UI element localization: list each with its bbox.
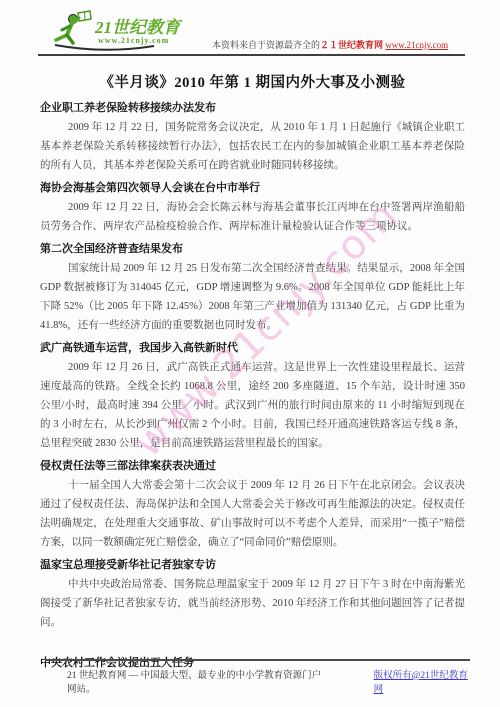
header-tagline: 本资料来自于资源最齐全的２１世纪教育网 www.21cnjy.com (212, 38, 448, 54)
section: 温家宝总理接受新华社记者独家专访 中共中央政治局常委、国务院总理温家宝于 200… (40, 556, 465, 632)
site-logo[interactable]: 21世纪教育 www.21cnjy.com (52, 10, 202, 54)
logo-brand-text: 21世纪教育 (94, 18, 183, 37)
section-heading: 武广高铁通车运营，我国步入高铁新时代 (40, 339, 465, 358)
section: 侵权责任法等三部法律案获表决通过 十一届全国人大常委会第十二次会议于 2009 … (40, 457, 465, 552)
section: 第二次全国经济普查结果发布 国家统计局 2009 年 12 月 25 日发布第二… (40, 240, 465, 335)
section-heading: 温家宝总理接受新华社记者独家专访 (40, 556, 465, 575)
runner-with-book-icon (56, 11, 91, 43)
footer-slogan: 21 世纪教育网 — 中国最大型、最专业的中小学教育资源门户网站。 (67, 667, 330, 695)
footer: 21 世纪教育网 — 中国最大型、最专业的中小学教育资源门户网站。 版权所有@2… (45, 659, 470, 695)
document-body: 企业职工养老保险转移接续办法发布 2009 年 12 月 22 日，国务院常务会… (40, 99, 465, 673)
section-paragraph: 2009 年 12 月 26 日，武广高铁正式通车运营。这是世界上一次性建设里程… (40, 358, 465, 453)
header: 21世纪教育 www.21cnjy.com 本资料来自于资源最齐全的２１世纪教育… (38, 0, 465, 56)
section-heading: 海协会海基会第四次领导人会谈在台中市举行 (40, 179, 465, 198)
tagline-brand: ２１世纪教育网 (320, 40, 383, 50)
page-title: 《半月谈》2010 年第 1 期国内外大事及小测验 (40, 71, 465, 92)
footer-copyright-link[interactable]: 版权所有@21世纪教育网 (374, 667, 470, 695)
section-paragraph: 2009 年 12 月 22 日，海协会会长陈云林与海基会董事长江丙坤在台中签署… (40, 198, 465, 236)
tagline-prefix: 本资料来自于资源最齐全的 (212, 40, 320, 50)
logo-swoosh-line (55, 45, 154, 50)
section-paragraph: 中共中央政治局常委、国务院总理温家宝于 2009 年 12 月 27 日下午 3… (40, 575, 465, 632)
section: 海协会海基会第四次领导人会谈在台中市举行 2009 年 12 月 22 日，海协… (40, 179, 465, 236)
section-paragraph: 国家统计局 2009 年 12 月 25 日发布第二次全国经济普查结果。结果显示… (40, 259, 465, 335)
section-heading: 侵权责任法等三部法律案获表决通过 (40, 457, 465, 476)
section-heading: 企业职工养老保险转移接续办法发布 (40, 99, 465, 118)
section: 武广高铁通车运营，我国步入高铁新时代 2009 年 12 月 26 日，武广高铁… (40, 339, 465, 453)
section-paragraph: 十一届全国人大常委会第十二次会议于 2009 年 12 月 26 日下午在北京闭… (40, 476, 465, 552)
section-heading: 第二次全国经济普查结果发布 (40, 240, 465, 259)
document-page: 21世纪教育 www.21cnjy.com 本资料来自于资源最齐全的２１世纪教育… (0, 0, 500, 707)
section-paragraph: 2009 年 12 月 22 日，国务院常务会议决定，从 2010 年 1 月 … (40, 118, 465, 175)
section: 企业职工养老保险转移接续办法发布 2009 年 12 月 22 日，国务院常务会… (40, 99, 465, 175)
tagline-url-link[interactable]: www.21cnjy.com (385, 40, 448, 50)
logo-url-text: www.21cnjy.com (98, 36, 169, 45)
